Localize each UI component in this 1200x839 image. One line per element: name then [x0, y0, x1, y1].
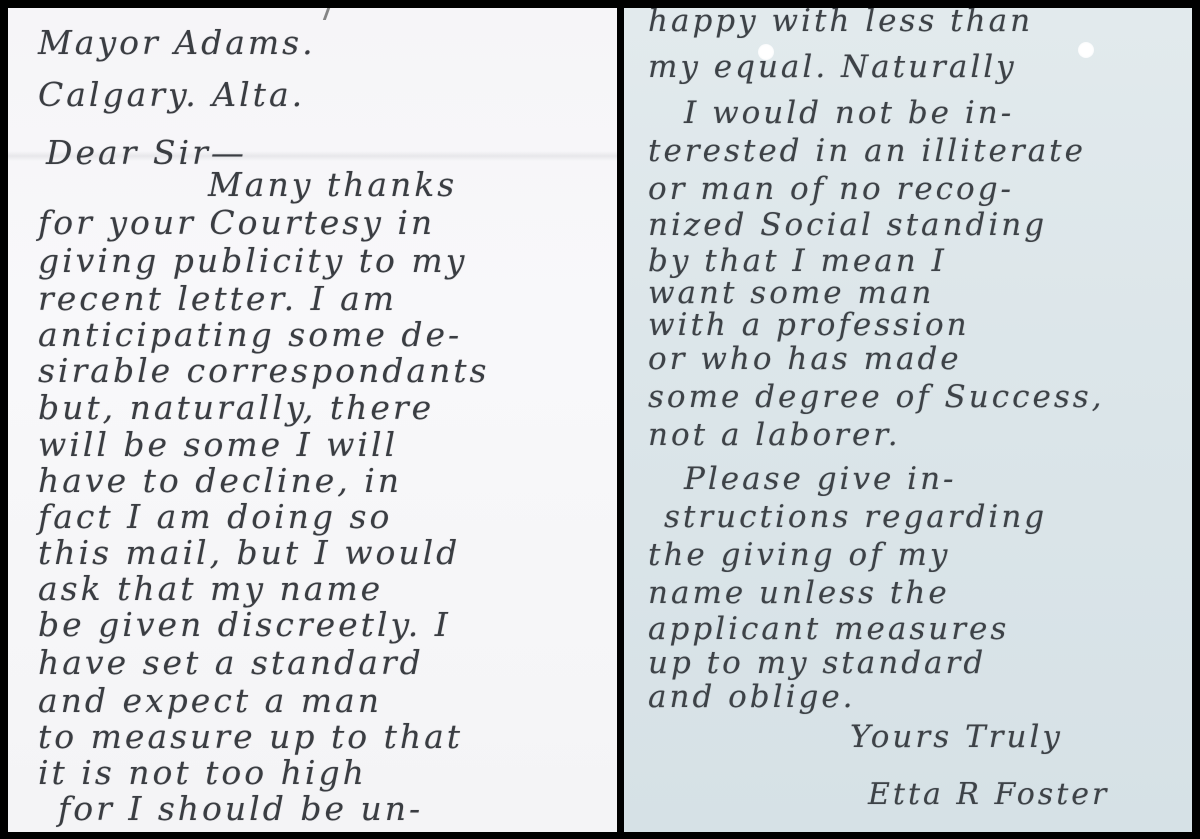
- letter-line: the giving of my: [648, 540, 950, 571]
- letter-line: my equal. Naturally: [648, 52, 1017, 83]
- letter-line: fact I am doing so: [38, 500, 392, 533]
- recipient-address: Calgary. Alta.: [38, 78, 305, 111]
- letter-line: I would not be in-: [684, 98, 1014, 129]
- letter-line: have set a standard: [38, 646, 424, 679]
- letter-line: by that I mean I: [648, 246, 947, 277]
- letter-page-2: happy with less than my equal. Naturally…: [624, 8, 1192, 832]
- letter-line: structions regarding: [664, 502, 1047, 533]
- letter-line: be given discreetly. I: [38, 608, 451, 641]
- letter-line: terested in an illiterate: [648, 136, 1086, 167]
- letter-line: with a profession: [648, 310, 970, 341]
- letter-page-1: Mayor Adams. Calgary. Alta. Dear Sir— Ma…: [8, 8, 617, 832]
- letter-line: Please give in-: [684, 464, 957, 495]
- letter-line: will be some I will: [38, 428, 398, 461]
- letter-line: it is not too high: [38, 756, 367, 789]
- letter-line: recent letter. I am: [38, 282, 397, 315]
- letter-line: to measure up to that: [38, 720, 463, 753]
- letter-line: applicant measures: [648, 614, 1009, 645]
- letter-line: name unless the: [648, 578, 950, 609]
- letter-line: ask that my name: [38, 572, 383, 605]
- letter-line: have to decline, in: [38, 464, 402, 497]
- letter-line: not a laborer.: [648, 420, 901, 451]
- ink-stroke-fragment: [323, 8, 330, 20]
- hole-punch-right: [1078, 42, 1094, 58]
- closing: Yours Truly: [850, 722, 1063, 753]
- letter-line: anticipating some de-: [38, 318, 462, 351]
- letter-line: but, naturally, there: [38, 391, 434, 424]
- letter-line: and oblige.: [648, 682, 856, 713]
- letter-line: or man of no recog-: [648, 174, 1014, 205]
- letter-line: Many thanks: [208, 168, 457, 201]
- letter-line: giving publicity to my: [38, 244, 467, 277]
- letter-line: up to my standard: [648, 648, 986, 679]
- letter-line: or who has made: [648, 344, 962, 375]
- letter-line: for your Courtesy in: [38, 206, 435, 239]
- letter-line: happy with less than: [648, 8, 1033, 37]
- letter-line: for I should be un-: [58, 792, 423, 825]
- letter-line: nized Social standing: [648, 210, 1047, 241]
- letter-line: this mail, but I would: [38, 536, 460, 569]
- letter-line: sirable correspondants: [38, 354, 490, 387]
- recipient-name: Mayor Adams.: [38, 26, 316, 59]
- letter-line: some degree of Success,: [648, 382, 1105, 413]
- letter-line: and expect a man: [38, 684, 382, 717]
- letter-line: want some man: [648, 278, 934, 309]
- signature: Etta R Foster: [868, 780, 1109, 810]
